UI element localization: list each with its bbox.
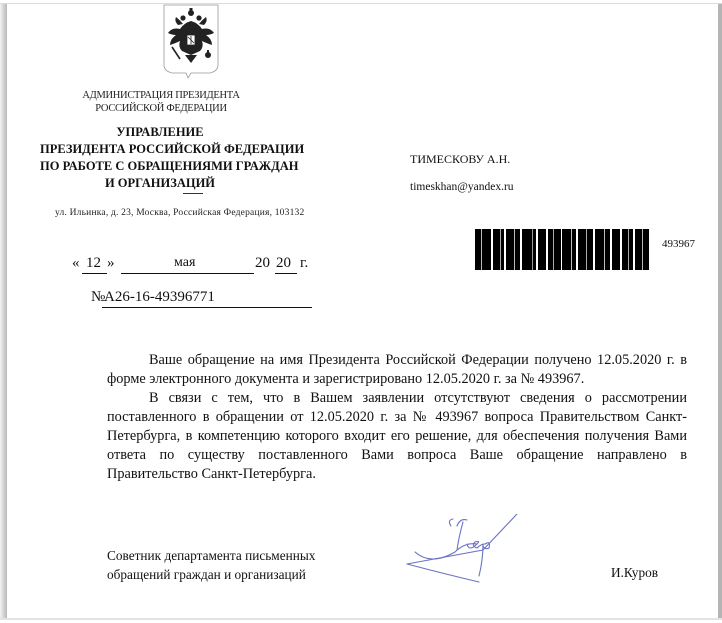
handwritten-signature-icon xyxy=(405,514,535,584)
barcode xyxy=(475,229,649,270)
date-day: 12 xyxy=(86,255,101,272)
department-line-2: ПРЕЗИДЕНТА РОССИЙСКОЙ ФЕДЕРАЦИИ xyxy=(40,141,280,158)
date-open-quote: « xyxy=(72,255,80,272)
reference-number: А26-16-49396771 xyxy=(104,289,215,306)
signatory-name: И.Куров xyxy=(611,565,658,581)
administration-line-2: РОССИЙСКОЙ ФЕДЕРАЦИИ xyxy=(76,102,246,115)
department-line-3: ПО РАБОТЕ С ОБРАЩЕНИЯМИ ГРАЖДАН xyxy=(40,158,280,175)
recipient-name: ТИМЕСКОВУ А.Н. xyxy=(410,152,510,167)
signatory-title: Советник департамента письменных обращен… xyxy=(107,546,315,584)
date-year-underline xyxy=(275,273,297,274)
body-paragraph-1: Ваше обращение на имя Президента Российс… xyxy=(107,351,687,389)
recipient-email: timeskhan@yandex.ru xyxy=(410,181,514,193)
page-top-border xyxy=(0,3,722,4)
date-year-abbrev: г. xyxy=(300,255,308,272)
coat-of-arms-icon xyxy=(158,3,224,81)
administration-name: АДМИНИСТРАЦИЯ ПРЕЗИДЕНТА РОССИЙСКОЙ ФЕДЕ… xyxy=(76,89,246,115)
department-line-4: И ОРГАНИЗАЦИЙ xyxy=(40,175,280,192)
sender-address: ул. Ильинка, д. 23, Москва, Российская Ф… xyxy=(55,208,304,218)
signatory-title-line-2: обращений граждан и организаций xyxy=(107,565,315,584)
page-right-border xyxy=(718,4,722,618)
date-year-suffix: 20 xyxy=(276,255,291,272)
department-name: УПРАВЛЕНИЕ ПРЕЗИДЕНТА РОССИЙСКОЙ ФЕДЕРАЦ… xyxy=(40,124,280,192)
header-divider xyxy=(183,193,203,194)
reference-underline xyxy=(102,307,312,308)
administration-line-1: АДМИНИСТРАЦИЯ ПРЕЗИДЕНТА xyxy=(76,89,246,102)
letter-body: Ваше обращение на имя Президента Российс… xyxy=(107,351,687,484)
date-month: мая xyxy=(174,255,195,271)
date-day-underline xyxy=(82,273,107,274)
page-left-border xyxy=(0,4,7,618)
body-paragraph-2: В связи с тем, что в Вашем заявлении отс… xyxy=(107,389,687,484)
letter-page: АДМИНИСТРАЦИЯ ПРЕЗИДЕНТА РОССИЙСКОЙ ФЕДЕ… xyxy=(0,0,722,623)
date-close-quote: » xyxy=(107,255,115,272)
date-month-underline xyxy=(121,273,254,274)
barcode-number: 493967 xyxy=(662,238,695,250)
page-bottom-border xyxy=(0,618,722,620)
department-line-1: УПРАВЛЕНИЕ xyxy=(40,124,280,141)
date-year-prefix: 20 xyxy=(255,255,270,272)
signatory-title-line-1: Советник департамента письменных xyxy=(107,546,315,565)
